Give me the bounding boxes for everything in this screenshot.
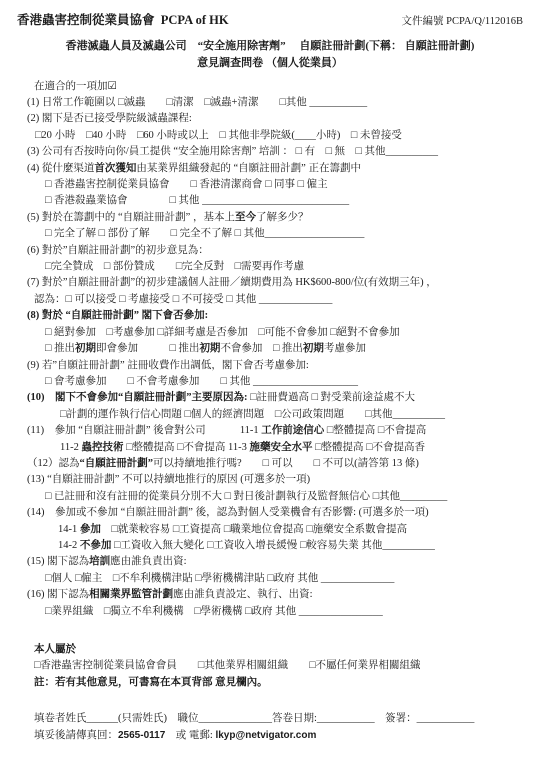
document-number: 文件編號 PCPA/Q/112016B — [402, 13, 523, 28]
checkbox-option[interactable]: □ 不可接受 — [173, 294, 224, 305]
text-segment — [169, 179, 190, 190]
question-5-options: □ 完全了解 □ 部份了解 □ 完全不了解 □ 其他______________… — [17, 226, 523, 242]
text-segment — [224, 261, 235, 272]
checkbox-option[interactable]: □其他 — [279, 97, 306, 108]
text-segment — [209, 130, 220, 141]
page-header: 香港蟲害控制從業員協會 PCPA of HK 文件編號 PCPA/Q/11201… — [17, 10, 523, 28]
checkbox-option[interactable]: □較容易失業 — [300, 540, 359, 551]
text-segment — [106, 376, 127, 387]
checkbox-option[interactable]: □整體提高 — [327, 425, 375, 436]
checkbox-option[interactable]: □僱主 — [75, 573, 102, 584]
checkbox-option[interactable]: □ 已註冊和沒有註冊的從業員分別不大 — [45, 491, 222, 502]
form-subtitle-line1: 香港滅蟲人員及滅蟲公司 “安全施用除害劑” 自願註冊計劃(下稱： 自願註冊計劃) — [17, 38, 523, 55]
fill-in-blank[interactable]: ______ — [87, 713, 119, 724]
text-segment — [315, 146, 326, 157]
checkbox-option[interactable]: □ 部份了解 — [99, 228, 150, 239]
checkbox-option[interactable]: □可能不會參加 — [258, 327, 327, 338]
question-8-options-2: □ 推出初期即會參加 □ 推出初期不會參加 □ 推出初期考慮參加 — [17, 341, 523, 357]
checkbox-option[interactable]: □ 其他非學院級( — [219, 130, 294, 141]
text-segment: 應由誰負責設定、執行、出資: — [173, 589, 312, 600]
text-segment: (1) 日常工作範圍以 — [27, 97, 118, 108]
text-segment — [126, 130, 137, 141]
question-13: (13) “自願註冊計劃” 不可以持續地推行的原因 (可選多於一項) — [17, 472, 523, 488]
question-14: (14) 參加或不參加 “自願註冊計劃” 後，認為對個人受業機會有否影響: (可… — [17, 505, 523, 521]
text-segment: 其他 — [359, 540, 383, 551]
respondent-line: 填卷者姓氏______(只需姓氏) 職位______________答卷日期:_… — [17, 711, 523, 727]
question-16: (16) 閣下認為相關業界監管計劃應由誰負責設定、執行、出資: — [17, 587, 523, 603]
question-4: (4) 從什麼渠道首次獲知由某業界組織發起的 “自願註冊計劃” 正在籌劃中 — [17, 161, 523, 177]
text-segment — [101, 524, 112, 535]
fill-in-blank[interactable]: ______________ — [321, 573, 395, 584]
checkbox-option[interactable]: □ 可以接受 — [66, 294, 117, 305]
checkbox-option[interactable]: □業界組織 — [45, 606, 93, 617]
membership-heading: 本人屬於 — [17, 642, 523, 658]
text-segment: 初期 — [303, 343, 324, 354]
checkbox-option[interactable]: □ 同事 — [265, 179, 295, 190]
checkbox-option[interactable]: □整體提高 — [315, 442, 363, 453]
checkbox-option[interactable]: □ 推出 — [45, 343, 75, 354]
question-9-options: □ 會考慮參加 □ 不會考慮參加 □ 其他 __________________… — [17, 374, 523, 390]
text-segment: (14) 參加或不參加 “自願註冊計劃” 後，認為對個人受業機會有否影響: (可… — [27, 507, 429, 518]
text-segment: 或 電郵: — [165, 730, 215, 741]
checkbox-option[interactable]: □完全贊成 — [45, 261, 93, 272]
text-segment: (8) 對於 “自願註冊計劃” 閣下會否參加: — [27, 310, 208, 321]
text-segment: (13) “自願註冊計劃” 不可以持續地推行的原因 (可選多於一項) — [27, 474, 310, 485]
checkbox-option[interactable]: □ 絕對參加 — [45, 327, 96, 338]
question-8-options-1: □ 絕對參加 □考慮參加 □詳細考慮是否參加 □可能不會參加 □絕對不會參加 — [17, 325, 523, 341]
text-segment: (只需姓氏) 職位 — [118, 713, 199, 724]
fill-in-blank[interactable]: ________________ — [299, 606, 383, 617]
text-segment: 由某業界組織發起的 “自願註冊計劃” 正在籌劃中 — [136, 163, 361, 174]
checkbox-option[interactable]: □詳細考慮是否參加 — [157, 327, 247, 338]
text-segment: “自願註冊計劃” — [80, 458, 154, 469]
checkbox-option[interactable]: □獨立不牟利機構 — [104, 606, 184, 617]
text-segment: 14-2 — [58, 540, 80, 551]
text-segment — [177, 660, 198, 671]
checkbox-option[interactable]: □ 香港清潔商會 — [190, 179, 262, 190]
checkbox-option[interactable]: □學術機構津貼 — [195, 573, 264, 584]
checkbox-option[interactable]: □ 考慮接受 — [119, 294, 170, 305]
checkbox-option[interactable]: □計劃的運作執行信心問題 — [60, 409, 182, 420]
question-16-options: □業界組織 □獨立不牟利機構 □學術機構 □政府 其他 ____________… — [17, 604, 523, 620]
checkbox-option[interactable]: □註冊費過高 — [250, 392, 309, 403]
question-11-options: 11-2 蟲控技術 □整體提高 □不會提高 11-3 施藥安全水平 □整體提高 … — [17, 440, 523, 456]
fill-in-blank[interactable]: ______________ — [256, 294, 332, 305]
question-4-options-1: □ 香港蟲害控制從業員協會 □ 香港清潔商會 □ 同事 □ 僱主 — [17, 177, 523, 193]
fill-in-blank[interactable]: ___________________ — [265, 228, 365, 239]
checkbox-option[interactable]: □工資收入無大變化 — [114, 540, 204, 551]
text-segment: (6) 對於”自願註冊計劃”的初步意見為： — [27, 245, 209, 256]
text-segment — [340, 130, 351, 141]
fill-in-blank[interactable]: __________ — [386, 146, 439, 157]
checkbox-option[interactable]: □ 部份贊成 — [104, 261, 155, 272]
text-segment: (11) 參加 “自願註冊計劃” 後會對公司 — [27, 425, 206, 436]
text-segment: (9) 若”自願註冊計劃” 註冊收費作出調低，閣下會否考慮參加: — [27, 360, 309, 371]
text-segment: 初期 — [75, 343, 96, 354]
text-segment — [288, 660, 309, 671]
text-segment — [248, 327, 259, 338]
form-lines: (1) 日常工作範圍以 □滅蟲 □清潔 □滅蟲+清潔 □其他 _________… — [17, 95, 523, 744]
text-segment: (2) 閣下是否已接受學院級滅蟲課程: — [27, 113, 192, 124]
text-segment: 不參加 — [80, 540, 112, 551]
text-segment — [145, 97, 166, 108]
checkbox-option[interactable]: □不會提高 — [378, 425, 426, 436]
text-segment: 11-2 — [60, 442, 81, 453]
checkbox-option[interactable]: □ 推出 — [169, 343, 199, 354]
checkbox-option[interactable]: □ 香港蟲害控制從業員協會 — [45, 179, 169, 190]
checkbox-option[interactable]: □滅蟲 — [118, 97, 145, 108]
text-segment: 施藥安全水平 — [250, 442, 313, 453]
checkbox-option[interactable]: □整體提高 — [126, 442, 174, 453]
checkbox-option[interactable]: □ 其他 — [226, 294, 256, 305]
text-segment: 考慮參加 — [324, 343, 366, 354]
text-segment — [102, 573, 113, 584]
question-4-options-2: □ 香港殺蟲業協會 □ 其他 _________________________… — [17, 193, 523, 209]
checkbox-option[interactable]: □就業較容易 — [111, 524, 170, 535]
text-segment — [93, 261, 104, 272]
checkbox-option[interactable]: □滅蟲+清潔 — [204, 97, 258, 108]
text-segment: 答卷日期: — [272, 713, 317, 724]
form-subtitle-line2: 意見調查問卷 （個人從業員） — [17, 55, 523, 72]
text-segment: (16) 閣下認為 — [27, 589, 89, 600]
text-segment: (7) 對於”自願註冊計劃”的初步建議個人註冊／續期費用為 HK$600-800… — [27, 277, 437, 288]
question-7-options: 認為：□ 可以接受 □ 考慮接受 □ 不可接受 □ 其他 ___________… — [17, 292, 523, 308]
text-segment: 培訓 — [89, 556, 110, 567]
text-segment — [199, 376, 220, 387]
organization-title: 香港蟲害控制從業員協會 PCPA of HK — [17, 10, 229, 28]
checkbox-option[interactable]: □ 可以 — [263, 458, 293, 469]
question-14-1: 14-1 參加 □就業較容易 □工資提高 □職業地位會提高 □施藥安全系數會提高 — [17, 522, 523, 538]
checkbox-option[interactable]: □政府 — [245, 606, 272, 617]
text-segment — [293, 458, 314, 469]
text-segment — [127, 195, 169, 206]
checkbox-option[interactable]: □ 香港殺蟲業協會 — [45, 195, 127, 206]
checkbox-option[interactable]: □ 未曾接受 — [351, 130, 402, 141]
checkbox-option[interactable]: □ 其他 — [169, 195, 199, 206]
text-segment: (4) 從什麼渠道 — [27, 163, 94, 174]
text-segment: 本人屬於 — [34, 644, 76, 655]
checkbox-option[interactable]: □ 僱主 — [298, 179, 328, 190]
checkbox-option[interactable]: □20 小時 — [35, 130, 75, 141]
checkbox-option[interactable]: □不會提高香 — [366, 442, 425, 453]
text-segment: （12）認為 — [27, 458, 80, 469]
checkbox-option[interactable]: □工資收入增長緩慢 — [207, 540, 297, 551]
text-segment: 可以持續地推行嗎? — [153, 458, 242, 469]
text-segment — [258, 97, 279, 108]
question-8: (8) 對於 “自願註冊計劃” 閣下會否參加: — [17, 308, 523, 324]
checkbox-option[interactable]: □ 其他 — [235, 228, 265, 239]
question-12: （12）認為“自願註冊計劃”可以持續地推行嗎? □ 可以 □ 不可以(請答第 1… — [17, 456, 523, 472]
checkbox-option[interactable]: □絕對不會參加 — [330, 327, 399, 338]
text-segment: 填卷者姓氏 — [34, 713, 87, 724]
text-segment: 其他 — [295, 573, 321, 584]
return-contact-line: 填妥後請傳真回：2565-0117 或 電郵: lkyp@netvigator.… — [17, 728, 523, 744]
fill-in-blank[interactable]: __________ — [393, 409, 446, 420]
checkbox-option[interactable]: □其他業界相關組織 — [198, 660, 288, 671]
checkbox-option[interactable]: □ 有 — [296, 146, 315, 157]
checkbox-option[interactable]: □ 其他 — [220, 376, 250, 387]
checkbox-option[interactable]: □ 完全不了解 — [171, 228, 232, 239]
checkbox-option[interactable]: □ 不會考慮參加 — [127, 376, 199, 387]
text-segment — [138, 343, 170, 354]
checkbox-option[interactable]: □ 對日後計劃執行及監督無信心 — [225, 491, 370, 502]
fill-instruction: 在適合的一項加☑ — [17, 79, 523, 95]
text-segment: 其他 — [273, 606, 299, 617]
fill-in-blank[interactable]: ___________ — [417, 713, 475, 724]
question-15-options: □個人 □僱主 □不牟利機構津貼 □學術機構津貼 □政府 其他 ________… — [17, 571, 523, 587]
checkbox-option[interactable]: □60 小時或以上 — [137, 130, 209, 141]
text-segment — [150, 228, 171, 239]
checkbox-option[interactable]: □其他 — [373, 491, 400, 502]
checkbox-option[interactable]: □香港蟲害控制從業員協會會員 — [34, 660, 177, 671]
fill-in-blank[interactable]: __________ — [382, 540, 435, 551]
text-segment: (3) 公司有否按時向你/員工提供 “安全施用除害劑” 培訓 ： — [27, 146, 296, 157]
question-10: (10) 閣下不會參加“自願註冊計劃”主要原因為: □註冊費過高 □ 對受業前途… — [17, 390, 523, 406]
question-1: (1) 日常工作範圍以 □滅蟲 □清潔 □滅蟲+清潔 □其他 _________… — [17, 95, 523, 111]
membership-options: □香港蟲害控制從業員協會會員 □其他業界相關組織 □不屬任何業界相關組織 — [17, 658, 523, 674]
question-6-options: □完全贊成 □ 部份贊成 □完全反對 □需要再作考慮 — [17, 259, 523, 275]
question-6: (6) 對於”自願註冊計劃”的初步意見為： — [17, 243, 523, 259]
checkbox-option[interactable]: □不會提高 — [177, 442, 225, 453]
questionnaire-page: 香港蟲害控制從業員協會 PCPA of HK 文件編號 PCPA/Q/11201… — [0, 0, 539, 775]
text-segment: 應由誰負責出資: — [110, 556, 186, 567]
text-segment: 11-3 — [225, 442, 249, 453]
text-segment — [96, 327, 107, 338]
question-15: (15) 閣下認為培訓應由誰負責出資: — [17, 554, 523, 570]
checkbox-option[interactable]: □40 小時 — [86, 130, 126, 141]
text-segment: 註：若有其他意見，可書寫在本頁背部 意見欄內。 — [34, 677, 268, 688]
text-segment: 蟲控技術 — [81, 442, 123, 453]
text-segment — [75, 130, 86, 141]
text-segment — [262, 343, 273, 354]
text-segment — [155, 261, 176, 272]
checkbox-option[interactable]: □其他 — [365, 409, 392, 420]
text-segment: 11-1 — [240, 425, 261, 436]
checkbox-option[interactable]: □清潔 — [166, 97, 193, 108]
contact-value: 2565-0117 — [118, 730, 165, 741]
checkbox-option[interactable]: □職業地位會提高 — [224, 524, 304, 535]
text-segment: 了解多少？ — [256, 212, 309, 223]
text-segment: 不會參加 — [220, 343, 262, 354]
text-segment: 14-1 — [58, 524, 80, 535]
checkbox-option[interactable]: □公司政策問題 — [275, 409, 344, 420]
text-segment: 工作前途信心 — [261, 425, 324, 436]
question-9: (9) 若”自願註冊計劃” 註冊收費作出調低，閣下會否考慮參加: — [17, 358, 523, 374]
checkbox-option[interactable]: □ 會考慮參加 — [45, 376, 106, 387]
checkbox-option[interactable]: □完全反對 — [176, 261, 224, 272]
checkbox-option[interactable]: □不牟利機構津貼 — [113, 573, 193, 584]
text-segment — [206, 425, 240, 436]
checkbox-option[interactable]: □考慮參加 — [106, 327, 154, 338]
question-13-options: □ 已註冊和沒有註冊的從業員分別不大 □ 對日後計劃執行及監督無信心 □其他__… — [17, 489, 523, 505]
fill-in-blank[interactable]: ______________ — [199, 713, 273, 724]
fill-in-blank[interactable]: ___________ — [307, 97, 367, 108]
checkbox-option[interactable]: □ 完全了解 — [45, 228, 96, 239]
text-segment: (15) 閣下認為 — [27, 556, 89, 567]
fill-in-blank[interactable]: ___________ — [317, 713, 375, 724]
question-11: (11) 參加 “自願註冊計劃” 後會對公司 11-1 工作前途信心 □整體提高… — [17, 423, 523, 439]
text-segment — [344, 409, 365, 420]
text-segment: 即會參加 — [96, 343, 138, 354]
contact-value: lkyp@netvigator.com — [215, 730, 316, 741]
text-segment: 參加 — [80, 524, 101, 535]
checkbox-option[interactable]: □工資提高 — [173, 524, 221, 535]
checkbox-option[interactable]: □ 其他 — [356, 146, 386, 157]
checkbox-option[interactable]: □ 不可以(請答第 13 條) — [314, 458, 419, 469]
text-segment: (5) 對於在籌劃中的 “自願註冊計劃” ，基本上 — [27, 212, 235, 223]
question-7: (7) 對於”自願註冊計劃”的初步建議個人註冊／續期費用為 HK$600-800… — [17, 275, 523, 291]
text-segment: 初期 — [199, 343, 220, 354]
checkbox-option[interactable]: □學術機構 — [194, 606, 242, 617]
checkbox-option[interactable]: □施藥安全系數會提高 — [306, 524, 407, 535]
fill-in-blank[interactable]: ____________________________ — [199, 195, 349, 206]
question-10-options: □計劃的運作執行信心問題 □個人的經濟問題 □公司政策問題 □其他_______… — [17, 407, 523, 423]
checkbox-option[interactable]: □ 推出 — [273, 343, 303, 354]
text-segment: 認為： — [34, 294, 66, 305]
text-segment — [184, 606, 195, 617]
text-segment — [345, 146, 356, 157]
text-segment: 首次獲知 — [94, 163, 136, 174]
text-segment: 填妥後請傳真回： — [34, 730, 118, 741]
fill-in-blank[interactable]: ____________________ — [250, 376, 358, 387]
text-segment: (10) 閣下不會參加“自願註冊計劃”主要原因為: — [27, 392, 250, 403]
text-segment — [264, 409, 275, 420]
text-segment — [194, 97, 205, 108]
checkbox-option[interactable]: □不屬任何業界相關組織 — [309, 660, 420, 671]
text-segment: 相關業界監管計劃 — [89, 589, 173, 600]
text-segment: 簽署： — [375, 713, 417, 724]
text-segment: 小時) — [316, 130, 341, 141]
note-line: 註：若有其他意見，可書寫在本頁背部 意見欄內。 — [17, 675, 523, 691]
checkbox-option[interactable]: □個人 — [45, 573, 72, 584]
question-3: (3) 公司有否按時向你/員工提供 “安全施用除害劑” 培訓 ： □ 有 □ 無… — [17, 144, 523, 160]
question-2: (2) 閣下是否已接受學院級滅蟲課程: — [17, 111, 523, 127]
text-segment — [93, 606, 104, 617]
text-segment — [242, 458, 263, 469]
question-14-2: 14-2 不參加 □工資收入無大變化 □工資收入增長緩慢 □較容易失業 其他__… — [17, 538, 523, 554]
fill-in-blank[interactable]: _________ — [400, 491, 447, 502]
checkbox-option[interactable]: □需要再作考慮 — [235, 261, 304, 272]
checkbox-option[interactable]: □ 對受業前途益處不大 — [312, 392, 415, 403]
fill-in-blank[interactable]: ____ — [295, 130, 316, 141]
checkbox-option[interactable]: □個人的經濟問題 — [184, 409, 264, 420]
question-2-options: □20 小時 □40 小時 □60 小時或以上 □ 其他非學院級(____小時)… — [17, 128, 523, 144]
checkbox-option[interactable]: □ 無 — [326, 146, 345, 157]
checkbox-option[interactable]: □政府 — [267, 573, 294, 584]
question-5: (5) 對於在籌劃中的 “自願註冊計劃” ，基本上至今了解多少？ — [17, 210, 523, 226]
text-segment: 至今 — [235, 212, 256, 223]
